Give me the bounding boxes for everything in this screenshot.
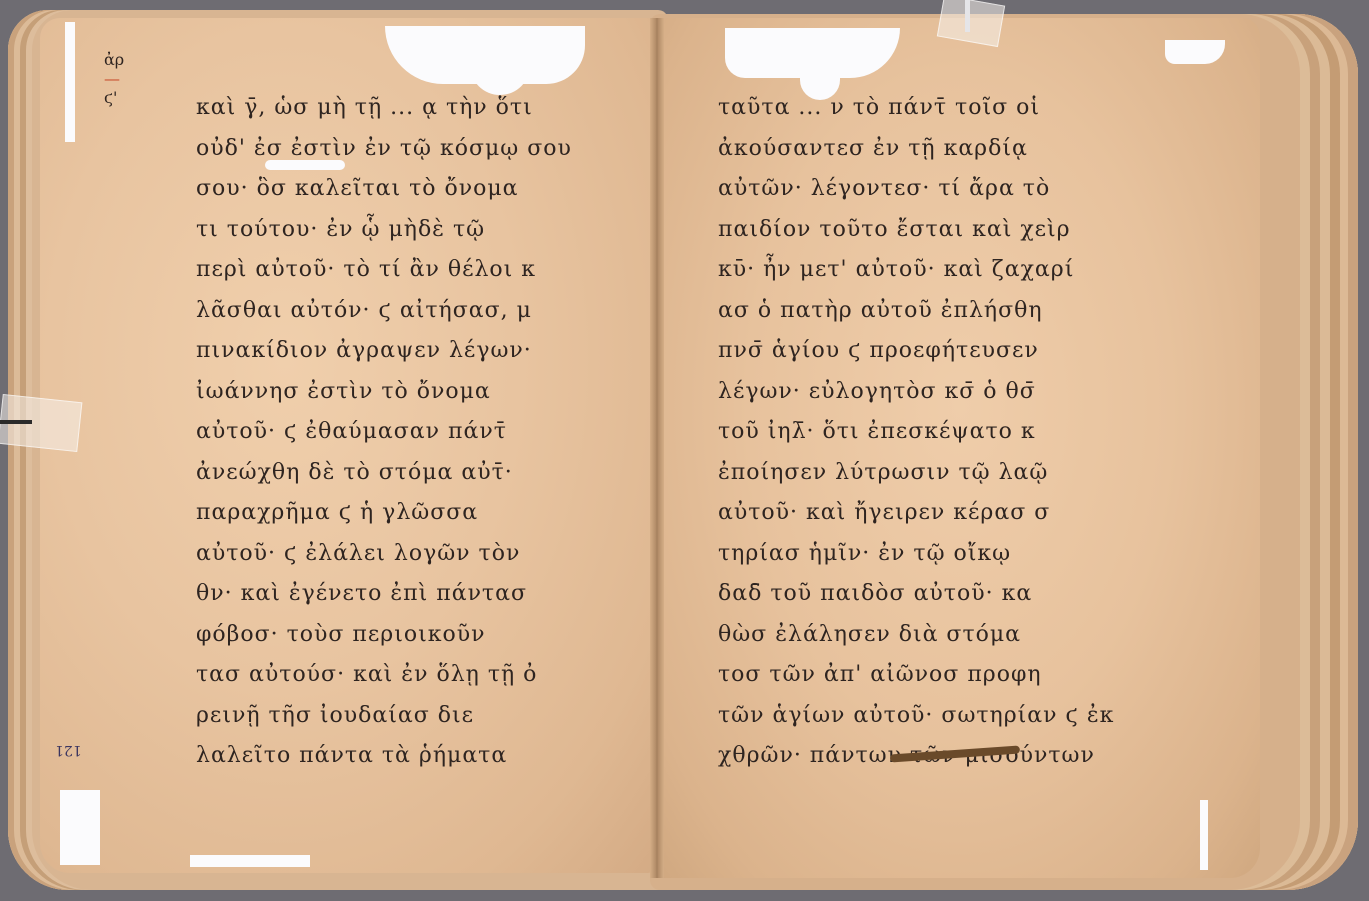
parchment-loss bbox=[1165, 40, 1225, 64]
binding-pin bbox=[0, 420, 32, 424]
text-line: πνσ̄ ἁγίου ϛ προεφήτευσεν bbox=[718, 331, 1138, 372]
text-line: θὼσ ἐλάλησεν διὰ στόμα bbox=[718, 615, 1138, 656]
text-line: ἰωάννησ ἐστὶν τὸ ὄνομα bbox=[196, 372, 596, 413]
text-line: ἀκούσαντεσ ἐν τῇ καρδίᾳ bbox=[718, 129, 1138, 170]
text-line: ἀνεώχθη δὲ τὸ στόμα αὐτ̄· bbox=[196, 453, 596, 494]
text-line: πινακίδιον ἀγραψεν λέγων· bbox=[196, 331, 596, 372]
rubric-mark: — bbox=[104, 69, 124, 88]
text-line: αὐτοῦ· καὶ ἤγειρεν κέρασ σ bbox=[718, 493, 1138, 534]
text-line: παραχρῆμα ϛ ἡ γλῶσσα bbox=[196, 493, 596, 534]
binding-pin bbox=[965, 0, 970, 32]
folio-number: 121 bbox=[55, 742, 82, 758]
text-line: ἐποίησεν λύτρωσιν τῷ λαῷ bbox=[718, 453, 1138, 494]
parchment-loss bbox=[190, 855, 310, 867]
text-line: λαλεῖτο πάντα τὰ ῥήματα bbox=[196, 736, 596, 777]
text-line: περὶ αὐτοῦ· τὸ τί ἂν θέλοι κ bbox=[196, 250, 596, 291]
parchment-loss bbox=[65, 22, 75, 142]
left-page-text: καὶ γ̄, ὡσ μὴ τῇ ... ᾳ τὴν ὅτι οὐδ' ἐσ ἐ… bbox=[196, 88, 596, 777]
text-line: τοῦ ἰηλ̄· ὅτι ἐπεσκέψατο κ bbox=[718, 412, 1138, 453]
right-page-text: ταῦτα ... ν τὸ πάντ̄ τοῖσ οἱ ἀκούσαντεσ … bbox=[718, 88, 1138, 777]
manuscript-photo: ἀρ — ϛ' 121 καὶ γ̄, ὡσ μὴ τῇ ... ᾳ τὴν ὅ… bbox=[0, 0, 1369, 901]
book-gutter bbox=[650, 18, 664, 878]
text-line: δαδ̄ τοῦ παιδὸσ αὐτοῦ· κα bbox=[718, 574, 1138, 615]
text-line: παιδίον τοῦτο ἔσται καὶ χεὶρ bbox=[718, 210, 1138, 251]
parchment-loss bbox=[60, 790, 100, 865]
text-line: λέγων· εὐλογητὸσ κσ̄ ὁ θσ̄ bbox=[718, 372, 1138, 413]
text-line: αὐτοῦ· ϛ ἐλάλει λογῶν τὸν bbox=[196, 534, 596, 575]
text-line: σου· ὃσ καλεῖται τὸ ὄνομα bbox=[196, 169, 596, 210]
text-line: ασ ὁ πατὴρ αὐτοῦ ἐπλήσθη bbox=[718, 291, 1138, 332]
marginal-note: ἀρ — ϛ' bbox=[104, 50, 124, 107]
text-line: καὶ γ̄, ὡσ μὴ τῇ ... ᾳ τὴν ὅτι bbox=[196, 88, 596, 129]
text-line: λᾶσθαι αὐτόν· ϛ αἰτήσασ, μ bbox=[196, 291, 596, 332]
text-line: ταῦτα ... ν τὸ πάντ̄ τοῖσ οἱ bbox=[718, 88, 1138, 129]
text-line: τασ αὐτούσ· καὶ ἐν ὅλῃ τῇ ὀ bbox=[196, 655, 596, 696]
text-line: θν· καὶ ἐγένετο ἐπὶ πάντασ bbox=[196, 574, 596, 615]
text-line: ρεινῇ τῆσ ἰουδαίασ διε bbox=[196, 696, 596, 737]
text-line: αὐτοῦ· ϛ ἐθαύμασαν πάντ̄ bbox=[196, 412, 596, 453]
text-line: τι τούτου· ἐν ᾧ μὴδὲ τῷ bbox=[196, 210, 596, 251]
text-line: αὐτῶν· λέγοντεσ· τί ἄρα τὸ bbox=[718, 169, 1138, 210]
parchment-loss bbox=[1200, 800, 1208, 870]
text-line: τοσ τῶν ἀπ' αἰῶνοσ προφη bbox=[718, 655, 1138, 696]
text-line: τηρίασ ἡμῖν· ἐν τῷ οἴκῳ bbox=[718, 534, 1138, 575]
text-line: κῡ· ἦν μετ' αὐτοῦ· καὶ ζαχαρί bbox=[718, 250, 1138, 291]
text-line: φόβοσ· τοὺσ περιοικοῦν bbox=[196, 615, 596, 656]
text-line: οὐδ' ἐσ ἐστὶν ἐν τῷ κόσμῳ σου bbox=[196, 129, 596, 170]
text-line: τῶν ἁγίων αὐτοῦ· σωτηρίαν ϛ ἐκ bbox=[718, 696, 1138, 737]
